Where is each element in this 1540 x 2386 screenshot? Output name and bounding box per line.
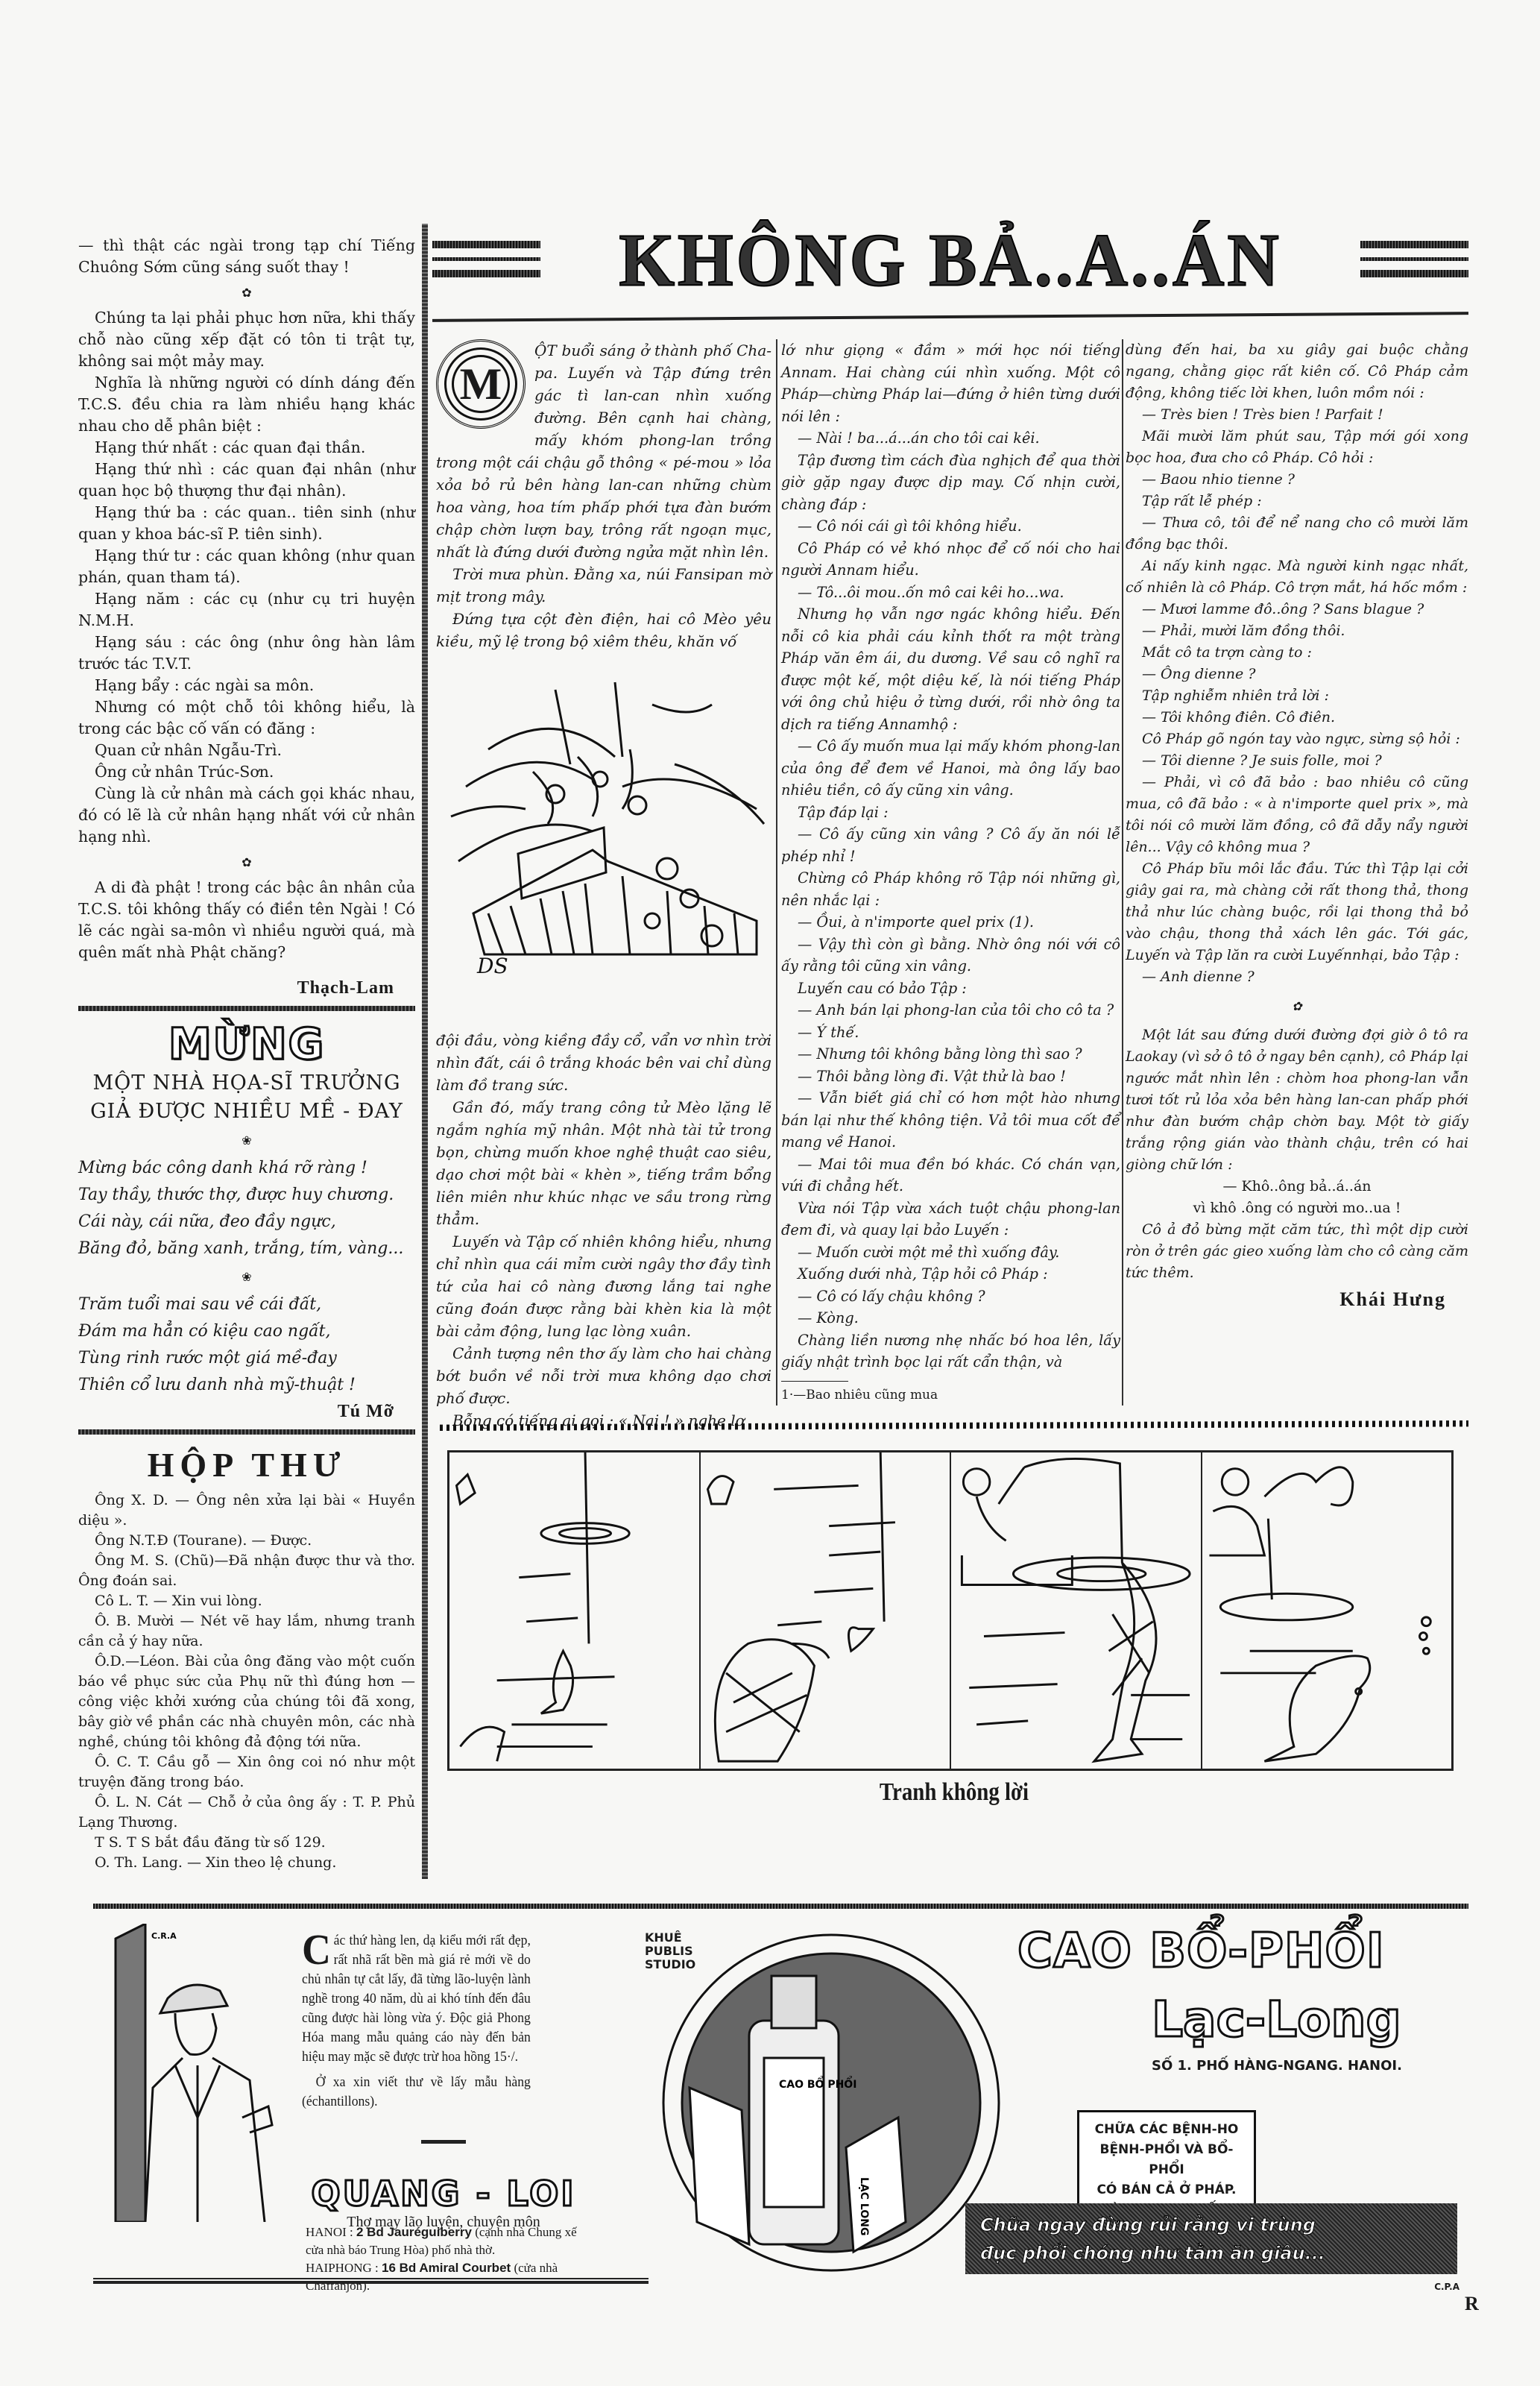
drop-cap: M bbox=[436, 339, 526, 429]
dialogue-line: — Nài ! ba...á...án cho tôi cai kêi. bbox=[781, 427, 1120, 450]
fisherman-loses-fish-drawing bbox=[1202, 1452, 1452, 1769]
sunburst-bottle-illustration: CAO BỔ PHỔI LẠC LONG bbox=[660, 1924, 1010, 2274]
column-separator bbox=[422, 224, 428, 1879]
page-mark: R bbox=[1465, 2293, 1479, 2315]
mailbox-list: Ông X. D. — Ông nên xửa lại bài « Huyền … bbox=[78, 1491, 415, 1873]
poem: Mừng bác công danh khá rỡ ràng ! Tay thầ… bbox=[78, 1155, 415, 1399]
story-paragraph: Tập đáp lại : bbox=[781, 802, 1120, 824]
story-paragraph: Nhưng họ vẫn ngơ ngác không hiểu. Đến nỗ… bbox=[781, 603, 1120, 735]
ornament-icon: ❀ bbox=[78, 1133, 415, 1148]
studio-credit: KHUÊ PUBLIS STUDIO bbox=[645, 1931, 695, 1971]
story-paragraph: dùng đến hai, ba xu giây gai buộc chằng … bbox=[1126, 339, 1468, 404]
mung-subtitle: GIẢ ĐƯỢC NHIỀU MỀ - ĐAY bbox=[78, 1098, 415, 1126]
story-column-1: M ỘT buổi sáng ở thành phố Cha-pa. Luyến… bbox=[436, 339, 771, 652]
brand-name: QUANG - LOI bbox=[302, 2173, 585, 2214]
mail-entry: Ô. C. T. Cầu gỗ — Xin ông coi nó như một… bbox=[78, 1752, 415, 1792]
dialogue-line: — Vậy thì còn gì bằng. Nhờ ông nói với c… bbox=[781, 934, 1120, 978]
paragraph: Nhưng có một chỗ tôi không hiểu, là tron… bbox=[78, 696, 415, 740]
orchid-pot-drawing: DS bbox=[444, 675, 771, 984]
box-label: LẠC LONG bbox=[858, 2177, 870, 2235]
story-paragraph: Một lát sau đứng dưới đường đợi giờ ô tô… bbox=[1126, 1024, 1468, 1176]
dialogue-line: — Très bien ! Très bien ! Parfait ! bbox=[1126, 404, 1468, 426]
dialogue-line: — Thôi bằng lòng đi. Vật thử là bao ! bbox=[781, 1065, 1120, 1088]
dialogue-line: — Cô nói cái gì tôi không hiểu. bbox=[781, 515, 1120, 538]
drop-letter: C bbox=[302, 1931, 331, 1968]
sign-text: — Khô..ông bả..á..án bbox=[1126, 1176, 1468, 1197]
city-label: HAIPHONG : bbox=[306, 2261, 379, 2275]
dialogue-line: — Mươi lamme đô..ông ? Sans blague ? bbox=[1126, 599, 1468, 620]
ornament-icon: ✿ bbox=[1126, 995, 1468, 1017]
paragraph: Cùng là cử nhân mà cách gọi khác nhau, đ… bbox=[78, 783, 415, 848]
comic-strip bbox=[447, 1450, 1454, 1771]
sign-text: vì khô .ông có người mo..ua ! bbox=[1126, 1197, 1468, 1219]
story-paragraph: Ai nấy kinh ngạc. Mà người kinh ngạc nhấ… bbox=[1126, 555, 1468, 599]
story-paragraph: Cô Pháp gõ ngón tay vào ngực, sừng sộ hỏ… bbox=[1126, 728, 1468, 750]
paragraph: Hạng thứ nhì : các quan đại nhân (như qu… bbox=[78, 459, 415, 502]
dialogue-line: — Baou nhio tienne ? bbox=[1126, 469, 1468, 491]
studio-line: PUBLIS bbox=[645, 1945, 695, 1958]
paragraph: Hạng bẩy : các ngài sa môn. bbox=[78, 675, 415, 696]
poem-author: Tú Mỡ bbox=[78, 1402, 415, 1422]
author-signature: Thạch-Lam bbox=[78, 978, 415, 998]
poem-line: Mừng bác công danh khá rỡ ràng ! bbox=[78, 1155, 415, 1182]
dialogue-line: — Tô...ôi mou..ốn mô cai kêi ho...wa. bbox=[781, 582, 1120, 604]
comic-caption: Tranh không lời bbox=[511, 1778, 1398, 1807]
column-rule bbox=[1122, 339, 1123, 1406]
ad-note: Ở xa xin viết thư về lấy mẫu hàng (échan… bbox=[302, 2073, 531, 2112]
city-label: HANOI : bbox=[306, 2225, 353, 2239]
artist-mark: C.P.A bbox=[1434, 2282, 1459, 2292]
story-headline: KHÔNG BẢ..A..ÁN bbox=[432, 227, 1468, 309]
dialogue-line: — Phải, vì cô đã bảo : bao nhiêu cô cũng… bbox=[1126, 772, 1468, 858]
story-paragraph: Cảnh tượng nên thơ ấy làm cho hai chàng … bbox=[436, 1342, 771, 1409]
story-paragraph: Cô Pháp có vẻ khó nhọc để cố nói cho hai… bbox=[781, 538, 1120, 582]
dialogue-line: — Cô ấy muốn mua lại mấy khóm phong-lan … bbox=[781, 735, 1120, 802]
illustration-signature: DS bbox=[476, 954, 508, 978]
headline-bars-right bbox=[1360, 241, 1468, 286]
dialogue-line: — Muốn cười một mẻ thì xuống đây. bbox=[781, 1241, 1120, 1264]
mail-entry: Ông M. S. (Chũ)—Đã nhận được thư và thơ.… bbox=[78, 1551, 415, 1591]
poem-line: Thiên cổ lưu danh nhà mỹ-thuật ! bbox=[78, 1372, 415, 1399]
story-column-1-continued: đội đầu, vòng kiềng đầy cổ, vẩn vơ nhìn … bbox=[436, 1029, 771, 1432]
mail-entry: O. Th. Lang. — Xin theo lệ chung. bbox=[78, 1853, 415, 1873]
mung-subtitle: MỘT NHÀ HỌA-SĨ TRƯỞNG bbox=[78, 1069, 415, 1098]
story-paragraph: Gần đó, mấy trang công tử Mèo lặng lẽ ng… bbox=[436, 1096, 771, 1230]
paragraph: Hạng thứ tư : các quan không (như quan p… bbox=[78, 545, 415, 588]
comic-panel-2 bbox=[701, 1452, 952, 1769]
dialogue-line: — Tôi không điên. Cô điên. bbox=[1126, 707, 1468, 728]
fisherman-hooks-fish-drawing bbox=[951, 1452, 1201, 1769]
comic-panel-1 bbox=[449, 1452, 701, 1769]
man-in-suit-drawing: C.R.A bbox=[101, 1924, 287, 2222]
closing-paragraph: A di đà phật ! trong các bậc ân nhân của… bbox=[78, 877, 415, 963]
mail-entry: Ông X. D. — Ông nên xửa lại bài « Huyền … bbox=[78, 1491, 415, 1531]
story-paragraph: Mắt cô ta trợn càng to : bbox=[1126, 642, 1468, 664]
poem-line: Băng đỏ, băng xanh, trắng, tím, vàng... bbox=[78, 1236, 415, 1262]
ornament-icon: ✿ bbox=[78, 286, 415, 300]
poem-line: Cái này, cái nữa, đeo đầy ngực, bbox=[78, 1209, 415, 1236]
ad-divider bbox=[93, 2278, 648, 2284]
claim-line: CÓ BÁN CẢ Ở PHÁP. bbox=[1087, 2180, 1246, 2200]
claim-line: BỆNH-PHỔI VÀ BỔ-PHỔI bbox=[1087, 2140, 1246, 2180]
slogan-band: Chữa ngay đừng rủi rằng vi trùng đục phổ… bbox=[965, 2203, 1457, 2274]
mail-entry: Cô L. T. — Xin vui lòng. bbox=[78, 1591, 415, 1611]
ornament-icon: ✿ bbox=[78, 855, 415, 869]
story-title: KHÔNG BẢ..A..ÁN bbox=[552, 216, 1349, 303]
poem-line: Trăm tuổi mai sau về cái đất, bbox=[78, 1291, 415, 1318]
poem-line: Tùng rinh rước một giá mề-đay bbox=[78, 1345, 415, 1372]
dialogue-line: — Anh bán lại phong-lan của tôi cho cô t… bbox=[781, 999, 1120, 1022]
story-paragraph: đội đầu, vòng kiềng đầy cổ, vẩn vơ nhìn … bbox=[436, 1029, 771, 1096]
dialogue-line: — Nhưng tôi không bằng lòng thì sao ? bbox=[781, 1043, 1120, 1065]
poem-line: Đám ma hẳn có kiệu cao ngất, bbox=[78, 1318, 415, 1345]
studio-line: STUDIO bbox=[645, 1958, 695, 1971]
paragraph: Quan cử nhân Ngẫu-Trì. bbox=[78, 740, 415, 761]
dialogue-line: — Vẫn biết giá chỉ có hơn một hào nhưng … bbox=[781, 1087, 1120, 1153]
ad-body-text: ác thứ hàng len, dạ kiểu mới rất đẹp, rấ… bbox=[302, 1933, 531, 2065]
paragraph: Hạng sáu : các ông (như ông hàn lâm trướ… bbox=[78, 632, 415, 675]
dialogue-line: — Anh dienne ? bbox=[1126, 966, 1468, 988]
slogan-line: Chữa ngay đừng rủi rằng vi trùng bbox=[980, 2211, 1442, 2239]
dialogue-line: — Thưa cô, tôi để nể nang cho cô mười lă… bbox=[1126, 512, 1468, 555]
dialogue-line: — Ông dienne ? bbox=[1126, 664, 1468, 685]
fish-approaching-hook-drawing bbox=[449, 1452, 699, 1769]
story-paragraph: Tập rất lễ phép : bbox=[1126, 491, 1468, 512]
medicine-bottle-drawing: CAO BỔ PHỔI LẠC LONG bbox=[660, 1924, 1010, 2274]
product-title: CAO BỔ-PHỔI bbox=[1017, 1924, 1385, 1979]
haiphong-address: 16 Bd Amiral Courbet bbox=[382, 2261, 511, 2275]
column-rule bbox=[776, 339, 777, 1406]
story-paragraph: Chàng liền nương nhẹ nhấc bó hoa lên, lấ… bbox=[781, 1329, 1120, 1373]
dialogue-line: — Mai tôi mua đền bó khác. Có chán vạn, … bbox=[781, 1153, 1120, 1197]
dialogue-line: — Cô có lấy chậu không ? bbox=[781, 1285, 1120, 1308]
dialogue-line: — Cô ấy cũng xin vâng ? Cô ấy ăn nói lễ … bbox=[781, 823, 1120, 867]
dialogue-line: — Kòng. bbox=[781, 1307, 1120, 1329]
hanoi-address: 2 Bd Jauréguiberry bbox=[356, 2225, 472, 2239]
dialogue-line: — Tôi dienne ? Je suis folle, moi ? bbox=[1126, 750, 1468, 772]
story-paragraph: Chừng cô Pháp không rõ Tập nói những gì,… bbox=[781, 867, 1120, 911]
paragraph: Ông cử nhân Trúc-Sơn. bbox=[78, 761, 415, 783]
footnote: 1·—Bao nhiêu cũng mua bbox=[781, 1381, 848, 1407]
comic-panel-3 bbox=[951, 1452, 1202, 1769]
poem-line: Tay thầy, thước thợ, được huy chương. bbox=[78, 1182, 415, 1209]
story-paragraph: Luyến cau có bảo Tập : bbox=[781, 978, 1120, 1000]
claim-line: CHỮA CÁC BỆNH-HO bbox=[1087, 2120, 1246, 2140]
mung-title: MỪNG bbox=[78, 1019, 415, 1069]
paragraph: Chúng ta lại phải phục hơn nữa, khi thấy… bbox=[78, 307, 415, 372]
story-paragraph: Xuống dưới nhà, Tập hỏi cô Pháp : bbox=[781, 1263, 1120, 1285]
mail-entry: Ông N.T.Đ (Tourane). — Được. bbox=[78, 1531, 415, 1551]
brand-title: Lạc-Long bbox=[1152, 1991, 1401, 2048]
story-paragraph: lớ như giọng « đầm » mới học nói tiếng A… bbox=[781, 339, 1120, 427]
headline-underline bbox=[432, 312, 1468, 322]
story-paragraph: Luyến và Tập cố nhiên không hiểu, nhưng … bbox=[436, 1230, 771, 1342]
section-divider bbox=[78, 1006, 415, 1011]
opening-line: — thì thật các ngài trong tạp chí Tiếng … bbox=[78, 235, 415, 278]
artist-mark: C.R.A bbox=[151, 1931, 177, 1941]
studio-line: KHUÊ bbox=[645, 1931, 695, 1945]
left-column: — thì thật các ngài trong tạp chí Tiếng … bbox=[78, 235, 415, 1873]
mail-entry: Ô. B. Mười — Nét vẽ hay lắm, nhưng tranh… bbox=[78, 1611, 415, 1652]
story-paragraph: Vừa nói Tập vừa xách tuột chậu phong-lan… bbox=[781, 1197, 1120, 1241]
headline-bars-left bbox=[432, 241, 540, 286]
story-column-3: dùng đến hai, ba xu giây gai buộc chằng … bbox=[1126, 339, 1468, 1310]
dialogue-line: — Ồui, à n'importe quel prix (1). bbox=[781, 911, 1120, 934]
slogan-line: đục phổi chóng như tằm ăn giâu... bbox=[980, 2239, 1442, 2267]
story-author: Khái Hưng bbox=[1126, 1288, 1468, 1310]
paragraph: Hạng năm : các cụ (như cụ tri huyện N.M.… bbox=[78, 588, 415, 632]
small-divider bbox=[421, 2140, 466, 2144]
story-paragraph: Đứng tựa cột đèn điện, hai cô Mèo yêu ki… bbox=[436, 608, 771, 652]
story-paragraph: Cô ả đỏ bừng mặt căm tức, thì một dịp cư… bbox=[1126, 1219, 1468, 1284]
paragraph: Hạng thứ nhất : các quan đại thần. bbox=[78, 437, 415, 459]
section-divider bbox=[78, 1429, 415, 1435]
shop-address: SỐ 1. PHỐ HÀNG-NGANG. HANOI. bbox=[1152, 2058, 1402, 2074]
hop-thu-title: HỘP THƯ bbox=[78, 1445, 415, 1485]
story-paragraph: Tập đương tìm cách đùa nghịch để qua thờ… bbox=[781, 450, 1120, 516]
mail-entry: T S. T S bắt đầu đăng từ số 129. bbox=[78, 1833, 415, 1853]
quang-loi-advertisement: C.R.A C ác thứ hàng len, dạ kiểu mới rất… bbox=[93, 1909, 652, 2297]
paragraph: Nghĩa là những người có dính dáng đến T.… bbox=[78, 372, 415, 437]
comic-panel-4 bbox=[1202, 1452, 1452, 1769]
story-paragraph: Mãi mười lăm phút sau, Tập mới gói xong … bbox=[1126, 426, 1468, 469]
story-paragraph: Tập nghiễm nhiên trả lời : bbox=[1126, 685, 1468, 707]
story-column-2: lớ như giọng « đầm » mới học nói tiếng A… bbox=[781, 339, 1120, 1406]
orchid-pot-illustration: DS bbox=[444, 675, 771, 984]
story-paragraph: Cô Pháp bĩu môi lắc đầu. Tức thì Tập lại… bbox=[1126, 858, 1468, 966]
dialogue-line: — Phải, mười lăm đồng thôi. bbox=[1126, 620, 1468, 642]
ad-divider bbox=[93, 1904, 1468, 1909]
cao-bo-phoi-advertisement: CAO BỔ PHỔI LẠC LONG KHUÊ PUBLIS STUDIO … bbox=[645, 1909, 1468, 2282]
big-fish-eats-small-fish-drawing bbox=[701, 1452, 950, 1769]
paragraph: Hạng thứ ba : các quan.. tiên sinh (như … bbox=[78, 502, 415, 545]
story-paragraph: Trời mưa phùn. Đằng xa, núi Fansipan mờ … bbox=[436, 563, 771, 608]
ad-body: C ác thứ hàng len, dạ kiểu mới rất đẹp, … bbox=[302, 1931, 531, 2112]
mail-entry: Ô.D.—Léon. Bài của ông đăng vào một cuốn… bbox=[78, 1652, 415, 1752]
dialogue-line: — Ý thế. bbox=[781, 1022, 1120, 1044]
mail-entry: Ô. L. N. Cát — Chỗ ở của ông ấy : T. P. … bbox=[78, 1792, 415, 1833]
gentleman-illustration: C.R.A bbox=[101, 1924, 287, 2222]
ornament-icon: ❀ bbox=[78, 1270, 415, 1284]
